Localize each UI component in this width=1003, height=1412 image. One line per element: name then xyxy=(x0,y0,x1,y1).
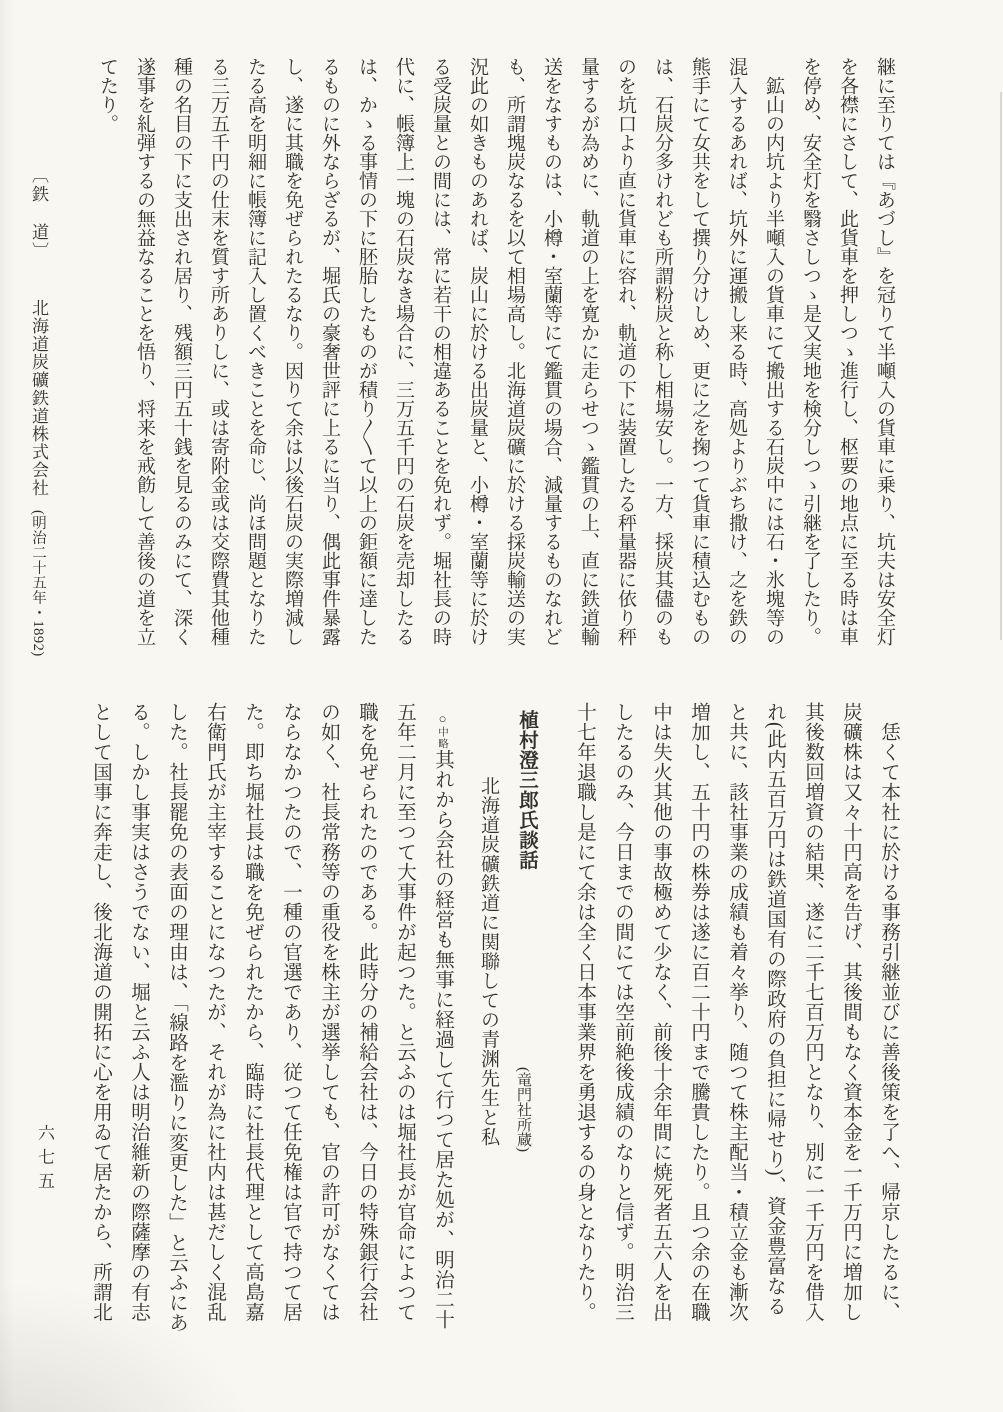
text-line: 恁くて本社に於ける事務引継並びに善後策を了へ、帰京したるに、 xyxy=(869,702,907,1344)
text-line: 職を免ぜられたのである。此時分の補給会社は、今日の特殊銀行会社 xyxy=(347,702,385,1344)
text-line: のを坑口より直に貨車に容れ、軌道の下に装置したる秤量器に依り秤 xyxy=(607,57,644,651)
text-line: を停め、安全灯を翳さしつゝ是又実地を検分しつゝ引継を了したり。 xyxy=(792,57,829,651)
lower-article: 恁くて本社に於ける事務引継並びに善後策を了へ、帰京したるに、炭礦株は又々十円高を… xyxy=(81,702,907,1344)
text-line: 送をなすものは、小樽・室蘭等にて鑑貫の場合、減量するものなれど xyxy=(533,57,570,651)
text-line: 種の名目の下に支出され居り、残額三円五十銭を見るのみにて、深く xyxy=(163,57,200,651)
text-line: 十七年退職し是にて余は全く日本事業界を勇退するの身となりたり。 xyxy=(565,702,603,1344)
citation-category: 〔鉄 道〕 xyxy=(26,166,51,261)
omission-marker-note: 中略 xyxy=(437,727,448,750)
text-line: るものに外ならざるが、堀氏の豪奢世評に上るに当り、偶此事件暴露 xyxy=(311,57,348,651)
text-line: 混入するあれば、坑外に運搬し来る時、高処よりぶち撒け、之を鉄の xyxy=(718,57,755,651)
text-line: 中は失火其他の事故極めて少なく、前後十余年間に焼死者五六人を出 xyxy=(641,702,679,1344)
talk-title: 植村澄三郎氏談話 xyxy=(507,710,545,870)
text-line: し、遂に其職を免ぜられたるなり。因りて余は以後石炭の実際増減し xyxy=(274,57,311,651)
text-line: と共に、該社事業の成績も着々挙り、随つて株主配当・積立金も漸次 xyxy=(717,702,755,1344)
talk-heading-line: 植村澄三郎氏談話 (竜門社所蔵) xyxy=(509,702,553,1344)
text-line: 鉱山の内坑より半噸入の貨車にて搬出する石炭中には石・氷塊等の xyxy=(755,57,792,651)
text-line: 炭礦株は又々十円高を告げ、其後間もなく資本金を一千万円に増加し xyxy=(831,702,869,1344)
text-line: 量するが為めに、軌道の上を寛かに走らせつゝ鑑貫の上、直に鉄道輸 xyxy=(570,57,607,651)
text-line: として国事に奔走し、後北海道の開拓に心を用ゐて居たから、所謂北 xyxy=(81,702,119,1344)
text-line: れ(此内五百万円は鉄道国有の際政府の負担に帰せり)、資金豊富なる xyxy=(755,702,793,1344)
text-line: の如く、社長常務等の重役を株主が選挙しても、官の許可がなくては xyxy=(309,702,347,1344)
upper-article-text: 継に至りては『あづし』を冠りて半噸入の貨車に乗り、坑夫は安全灯を各襟にさして、此… xyxy=(89,57,903,651)
page-number: 六七五 xyxy=(32,1124,57,1244)
text-line: 増加し、五十円の株券は遂に百二十円まで騰貴したり。且つ余の在職 xyxy=(679,702,717,1344)
text-line: 五年二月に至つて大事件が起つた。と云ふのは堀社長が官命によつて xyxy=(385,702,423,1344)
text-line: 右衛門氏が主宰することになつたが、それが為に社内は甚だしく混乱 xyxy=(195,702,233,1344)
talk-source: (竜門社所蔵) xyxy=(504,1067,542,1152)
text-line: てたり。 xyxy=(89,57,126,651)
text-line: は、かゝる事情の下に胚胎したものが積り〱て以上の鉅額に達した xyxy=(348,57,385,651)
text-line: 其後数回増資の結果、遂に二千七百万円となり、別に一千万円を借入 xyxy=(793,702,831,1344)
text-line: ならなかつたので、一種の官選であり、従つて任免権は官で持つて居 xyxy=(271,702,309,1344)
text-line: は、石炭分多けれども所謂粉炭と称し相場安し。一方、採炭其儘のも xyxy=(644,57,681,651)
text-line: る受炭量との間には、常に若干の相違あることを免れず。堀社長の時 xyxy=(422,57,459,651)
text-line: したるのみ、今日までの間にては空前絶後成績のなりと信ず。明治三 xyxy=(603,702,641,1344)
document-page: 継に至りては『あづし』を冠りて半噸入の貨車に乗り、坑夫は安全灯を各襟にさして、此… xyxy=(0,0,1003,1412)
text-line: る。しかし事実はさうでない、堀と云ふ人は明治維新の際薩摩の有志 xyxy=(119,702,157,1344)
text-line: 遂事を糺弾するの無益なることを悟り、将来を戒飭して善後の道を立 xyxy=(126,57,163,651)
text-line: 代に、帳簿上一塊の石炭なき場合に、三万五千円の石炭を売却したる xyxy=(385,57,422,651)
text-line: 況此の如きものあれば、炭山に於ける出炭量と、小樽・室蘭等に於け xyxy=(459,57,496,651)
talk-first-line: ○中略其れから会社の経営も無事に経過して行つて居た処が、明治二十 xyxy=(423,702,461,1353)
source-citation: 〔鉄 道〕 北海道炭礦鉄道株式会社 (明治二十五年・1892) xyxy=(26,166,51,666)
text-line: る三万五千円の仕末を質す所ありしに、或は寄附金或は交際費其他種 xyxy=(200,57,237,651)
scan-edge-artifact xyxy=(1000,92,1002,640)
text-line: 熊手にて女共をして撰り分けしめ、更に之を掬つて貨車に積込むもの xyxy=(681,57,718,651)
text-line: を各襟にさして、此貨車を押しつゝ進行し、枢要の地点に至る時は車 xyxy=(829,57,866,651)
citation-source: 北海道炭礦鉄道株式会社 xyxy=(26,299,51,497)
text-line: たる高を明細に帳簿に記入し置くべきことを命じ、尚ほ問題となりた xyxy=(237,57,274,651)
text-line: 継に至りては『あづし』を冠りて半噸入の貨車に乗り、坑夫は安全灯 xyxy=(866,57,903,651)
text-line: した。社長罷免の表面の理由は、「線路を濫りに変更した」と云ふにあ xyxy=(157,702,195,1344)
text-line: た。即ち堀社長は職を免ぜられたから、臨時に社長代理として高島嘉 xyxy=(233,702,271,1344)
text-line: も、所謂塊炭なるを以て相場高し。北海道炭礦に於ける採炭輸送の実 xyxy=(496,57,533,651)
citation-date: (明治二十五年・1892) xyxy=(28,510,49,657)
talk-first-line-text: 其れから会社の経営も無事に経過して行つて居た処が、明治二十 xyxy=(432,750,453,1330)
omission-marker-circle: ○ xyxy=(435,711,450,727)
talk-subtitle: 北海道炭礦鉄道に関聯しての青渊先生と私 xyxy=(469,702,507,1412)
